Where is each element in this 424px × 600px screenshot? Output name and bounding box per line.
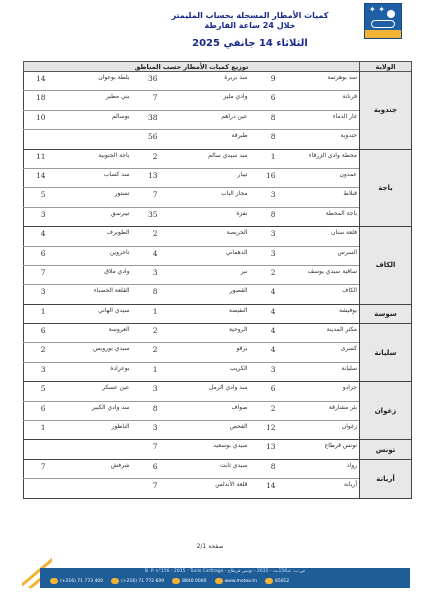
station-name: تيبار	[172, 168, 250, 187]
distribution-header: توزيع كميات الأمطار حسب المناطق	[24, 62, 360, 72]
table-row: زغوان12الفحص3الناظور1	[24, 421, 412, 440]
rain-value: 18	[24, 91, 60, 110]
rain-value: 6	[250, 91, 290, 110]
rain-value: 7	[132, 188, 172, 207]
governorate-cell: زغوان	[360, 382, 412, 440]
governorate-cell: سليانة	[360, 324, 412, 382]
rain-value: 8	[250, 110, 290, 129]
rain-value: 3	[250, 227, 290, 246]
rain-value: 16	[250, 168, 290, 187]
page-number: صفحة 2/1	[180, 543, 240, 550]
station-name: سيدي بوسعيد	[172, 440, 250, 459]
rain-value: 8	[250, 459, 290, 478]
rain-value: 36	[132, 72, 172, 91]
rain-value: 13	[132, 168, 172, 187]
governorate-cell: باجة	[360, 149, 412, 227]
station-name: باجة الجنوبية	[60, 149, 132, 168]
rain-value: 7	[132, 479, 172, 498]
station-name: تيبرسق	[60, 207, 132, 226]
rain-value: 2	[132, 227, 172, 246]
rain-value: 9	[250, 72, 290, 91]
rain-value	[24, 130, 60, 149]
rain-value: 12	[250, 421, 290, 440]
station-name: عين عسكر	[60, 382, 132, 401]
station-name: بوفيشة	[290, 304, 360, 323]
station-name: سد بوهرتمة	[290, 72, 360, 91]
rain-value	[24, 479, 60, 498]
station-name: سد سيدي سالم	[172, 149, 250, 168]
table-row: عمدون16تيبار13سد كساب14	[24, 168, 412, 187]
station-name: بوسالم	[60, 110, 132, 129]
rain-value: 6	[24, 324, 60, 343]
station-name: تستور	[60, 188, 132, 207]
table-row: جندوبة8طبرقة56	[24, 130, 412, 149]
station-name: تاجروين	[60, 246, 132, 265]
rain-value	[24, 440, 60, 459]
rain-value: 5	[24, 188, 60, 207]
table-row: باجة المحطة8نفزة35تيبرسق3	[24, 207, 412, 226]
station-name: طبرقة	[172, 130, 250, 149]
footer-bar: B. P. n°156 - 2035 - Tunis Carthage - ص.…	[40, 568, 410, 588]
station-name: بوعرادة	[60, 362, 132, 381]
station-name: فرنانة	[290, 91, 360, 110]
rain-value: 1	[24, 421, 60, 440]
station-name: نفزة	[172, 207, 250, 226]
table-row: سليانةمكثر المدينة4الروحية2العروسة6	[24, 324, 412, 343]
station-name: تونس قرطاج	[290, 440, 360, 459]
station-name: عمدون	[290, 168, 360, 187]
rain-value: 3	[132, 265, 172, 284]
rain-value: 6	[24, 401, 60, 420]
rain-value: 3	[132, 382, 172, 401]
sun-icon	[387, 10, 395, 18]
footer-contacts: (+216) 71 773 400 (+216) 71 772 609 8840…	[50, 578, 400, 584]
cloud-icon	[371, 20, 395, 28]
station-name: بئر مشارقة	[290, 401, 360, 420]
station-name: سليانة	[290, 362, 360, 381]
station-name	[60, 130, 132, 149]
rain-value: 7	[24, 265, 60, 284]
station-name: جرادو	[290, 382, 360, 401]
station-name: رواد	[290, 459, 360, 478]
table-row: قبلاط3مجاز الباب7تستور5	[24, 188, 412, 207]
rain-value: 8	[132, 401, 172, 420]
report-title: كميات الأمطار المسجلة بحساب المليمتر خلا…	[150, 11, 350, 31]
rain-value: 2	[24, 343, 60, 362]
rainfall-table: الولاية توزيع كميات الأمطار حسب المناطق …	[23, 61, 412, 499]
rain-value: 8	[250, 130, 290, 149]
sms-number: 85012	[275, 579, 289, 584]
fax-icon	[111, 578, 119, 584]
station-name: جندوبة	[290, 130, 360, 149]
web-icon	[215, 578, 223, 584]
phone-icon	[50, 578, 58, 584]
logo-band	[365, 30, 401, 38]
rain-value: 13	[250, 440, 290, 459]
station-name: ساقية سيدي يوسف	[290, 265, 360, 284]
station-name: وادي مليز	[172, 91, 250, 110]
rain-value: 35	[132, 207, 172, 226]
rain-value: 7	[24, 459, 60, 478]
table-row: الكاف4القصور8القلعة الخصباء3	[24, 285, 412, 304]
rain-value: 5	[24, 382, 60, 401]
rain-value: 2	[132, 149, 172, 168]
station-name: الكاف	[290, 285, 360, 304]
station-name: الكريب	[172, 362, 250, 381]
table-row: تونستونس قرطاج13سيدي بوسعيد7	[24, 440, 412, 459]
station-name: زغوان	[290, 421, 360, 440]
rain-value: 7	[132, 440, 172, 459]
station-name	[60, 479, 132, 498]
table-row: كسرى4برقو2سيدي بورويس2	[24, 343, 412, 362]
governorate-cell: تونس	[360, 440, 412, 459]
sms-icon	[265, 578, 273, 584]
station-name: قلعة الأندلس	[172, 479, 250, 498]
station-name: قلعة سنان	[290, 227, 360, 246]
station-name: نبر	[172, 265, 250, 284]
station-name: محطة وادي الزرقاء	[290, 149, 360, 168]
table-row: سوسةبوفيشة4النفيضة1سيدي الهاني1	[24, 304, 412, 323]
rain-value: 3	[250, 362, 290, 381]
stars-icon: ✦ ✦	[369, 6, 385, 14]
station-name: النفيضة	[172, 304, 250, 323]
website-link[interactable]: www.meteo.tn	[225, 579, 257, 584]
title-line-2: خلال 24 ساعة الفارطة	[150, 21, 350, 31]
table-row: فرنانة6وادي مليز7بني مطير18	[24, 91, 412, 110]
rain-value: 11	[24, 149, 60, 168]
station-name: الطويرف	[60, 227, 132, 246]
rain-value: 3	[250, 246, 290, 265]
rain-value: 6	[24, 246, 60, 265]
table-row: أريانةرواد8سيدي ثابت6شرفش7	[24, 459, 412, 478]
station-name: شرفش	[60, 459, 132, 478]
rain-value: 6	[250, 382, 290, 401]
table-row: باجةمحطة وادي الزرقاء1سد سيدي سالم2باجة …	[24, 149, 412, 168]
station-name: سيدي الهاني	[60, 304, 132, 323]
rain-value: 3	[24, 207, 60, 226]
rain-value: 1	[250, 149, 290, 168]
station-name	[60, 440, 132, 459]
rain-value: 4	[250, 304, 290, 323]
station-name: وادي ملاق	[60, 265, 132, 284]
rain-value: 56	[132, 130, 172, 149]
station-name: الروحية	[172, 324, 250, 343]
table-header-row: الولاية توزيع كميات الأمطار حسب المناطق	[24, 62, 412, 72]
station-name: بني مطير	[60, 91, 132, 110]
station-name: الناظور	[60, 421, 132, 440]
hotline-icon	[172, 578, 180, 584]
fax-number: (+216) 71 772 609	[121, 579, 164, 584]
station-name: القصور	[172, 285, 250, 304]
rain-value: 1	[24, 304, 60, 323]
station-name: سيدي بورويس	[60, 343, 132, 362]
station-name: كسرى	[290, 343, 360, 362]
rain-value: 1	[132, 362, 172, 381]
governorate-cell: سوسة	[360, 304, 412, 323]
station-name: سد وادي الكبير	[60, 401, 132, 420]
rain-value: 8	[132, 285, 172, 304]
governorate-cell: جندوبة	[360, 72, 412, 150]
station-name: سد كساب	[60, 168, 132, 187]
table-row: سليانة3الكريب1بوعرادة3	[24, 362, 412, 381]
station-name: الفحص	[172, 421, 250, 440]
rain-value: 14	[24, 168, 60, 187]
table-row: زغوانجرادو6سد وادي الرمل3عين عسكر5	[24, 382, 412, 401]
rain-value: 4	[250, 343, 290, 362]
table-row: ساقية سيدي يوسف2نبر3وادي ملاق7	[24, 265, 412, 284]
governorate-cell: أريانة	[360, 459, 412, 498]
footer-address: B. P. n°156 - 2035 - Tunis Carthage - ص.…	[40, 569, 410, 574]
station-name: العروسة	[60, 324, 132, 343]
station-name: قبلاط	[290, 188, 360, 207]
station-name: باجة المحطة	[290, 207, 360, 226]
report-date: الثلاثاء 14 جانفي 2025	[150, 38, 350, 49]
rain-value: 38	[132, 110, 172, 129]
rain-value: 3	[250, 188, 290, 207]
rain-value: 14	[24, 72, 60, 91]
governorate-cell: الكاف	[360, 227, 412, 305]
station-name: عين دراهم	[172, 110, 250, 129]
rain-value: 4	[24, 227, 60, 246]
table-row: جندوبةسد بوهرتمة9سد بربرة36بلطة بوعوان14	[24, 72, 412, 91]
phone-number: (+216) 71 773 400	[60, 579, 103, 584]
rain-value: 2	[250, 265, 290, 284]
rain-value: 10	[24, 110, 60, 129]
rain-value: 6	[132, 459, 172, 478]
rain-value: 4	[250, 324, 290, 343]
station-name: سد وادي الرمل	[172, 382, 250, 401]
station-name: الجريصة	[172, 227, 250, 246]
rain-value: 4	[250, 285, 290, 304]
station-name: صواف	[172, 401, 250, 420]
station-name: سيدي ثابت	[172, 459, 250, 478]
station-name: سد بربرة	[172, 72, 250, 91]
rain-value: 2	[250, 401, 290, 420]
rain-value: 8	[250, 207, 290, 226]
rain-value: 7	[132, 91, 172, 110]
station-name: الدهماني	[172, 246, 250, 265]
rain-value: 14	[250, 479, 290, 498]
table-row: أريانة14قلعة الأندلس7	[24, 479, 412, 498]
rain-value: 3	[132, 421, 172, 440]
rain-value: 2	[132, 343, 172, 362]
hotline-number: 8840 0000	[182, 579, 206, 584]
governorate-header: الولاية	[360, 62, 412, 72]
title-line-1: كميات الأمطار المسجلة بحساب المليمتر	[150, 11, 350, 21]
station-name: بلطة بوعوان	[60, 72, 132, 91]
rain-value: 3	[24, 285, 60, 304]
table-row: غار الدماء8عين دراهم38بوسالم10	[24, 110, 412, 129]
station-name: السرس	[290, 246, 360, 265]
table-row: الكافقلعة سنان3الجريصة2الطويرف4	[24, 227, 412, 246]
rain-value: 4	[132, 246, 172, 265]
station-name: برقو	[172, 343, 250, 362]
rain-value: 1	[132, 304, 172, 323]
station-name: أريانة	[290, 479, 360, 498]
station-name: غار الدماء	[290, 110, 360, 129]
table-row: بئر مشارقة2صواف8سد وادي الكبير6	[24, 401, 412, 420]
station-name: مكثر المدينة	[290, 324, 360, 343]
rain-value: 3	[24, 362, 60, 381]
table-row: السرس3الدهماني4تاجروين6	[24, 246, 412, 265]
station-name: القلعة الخصباء	[60, 285, 132, 304]
inm-logo: ✦ ✦	[364, 3, 402, 39]
rain-value: 2	[132, 324, 172, 343]
station-name: مجاز الباب	[172, 188, 250, 207]
